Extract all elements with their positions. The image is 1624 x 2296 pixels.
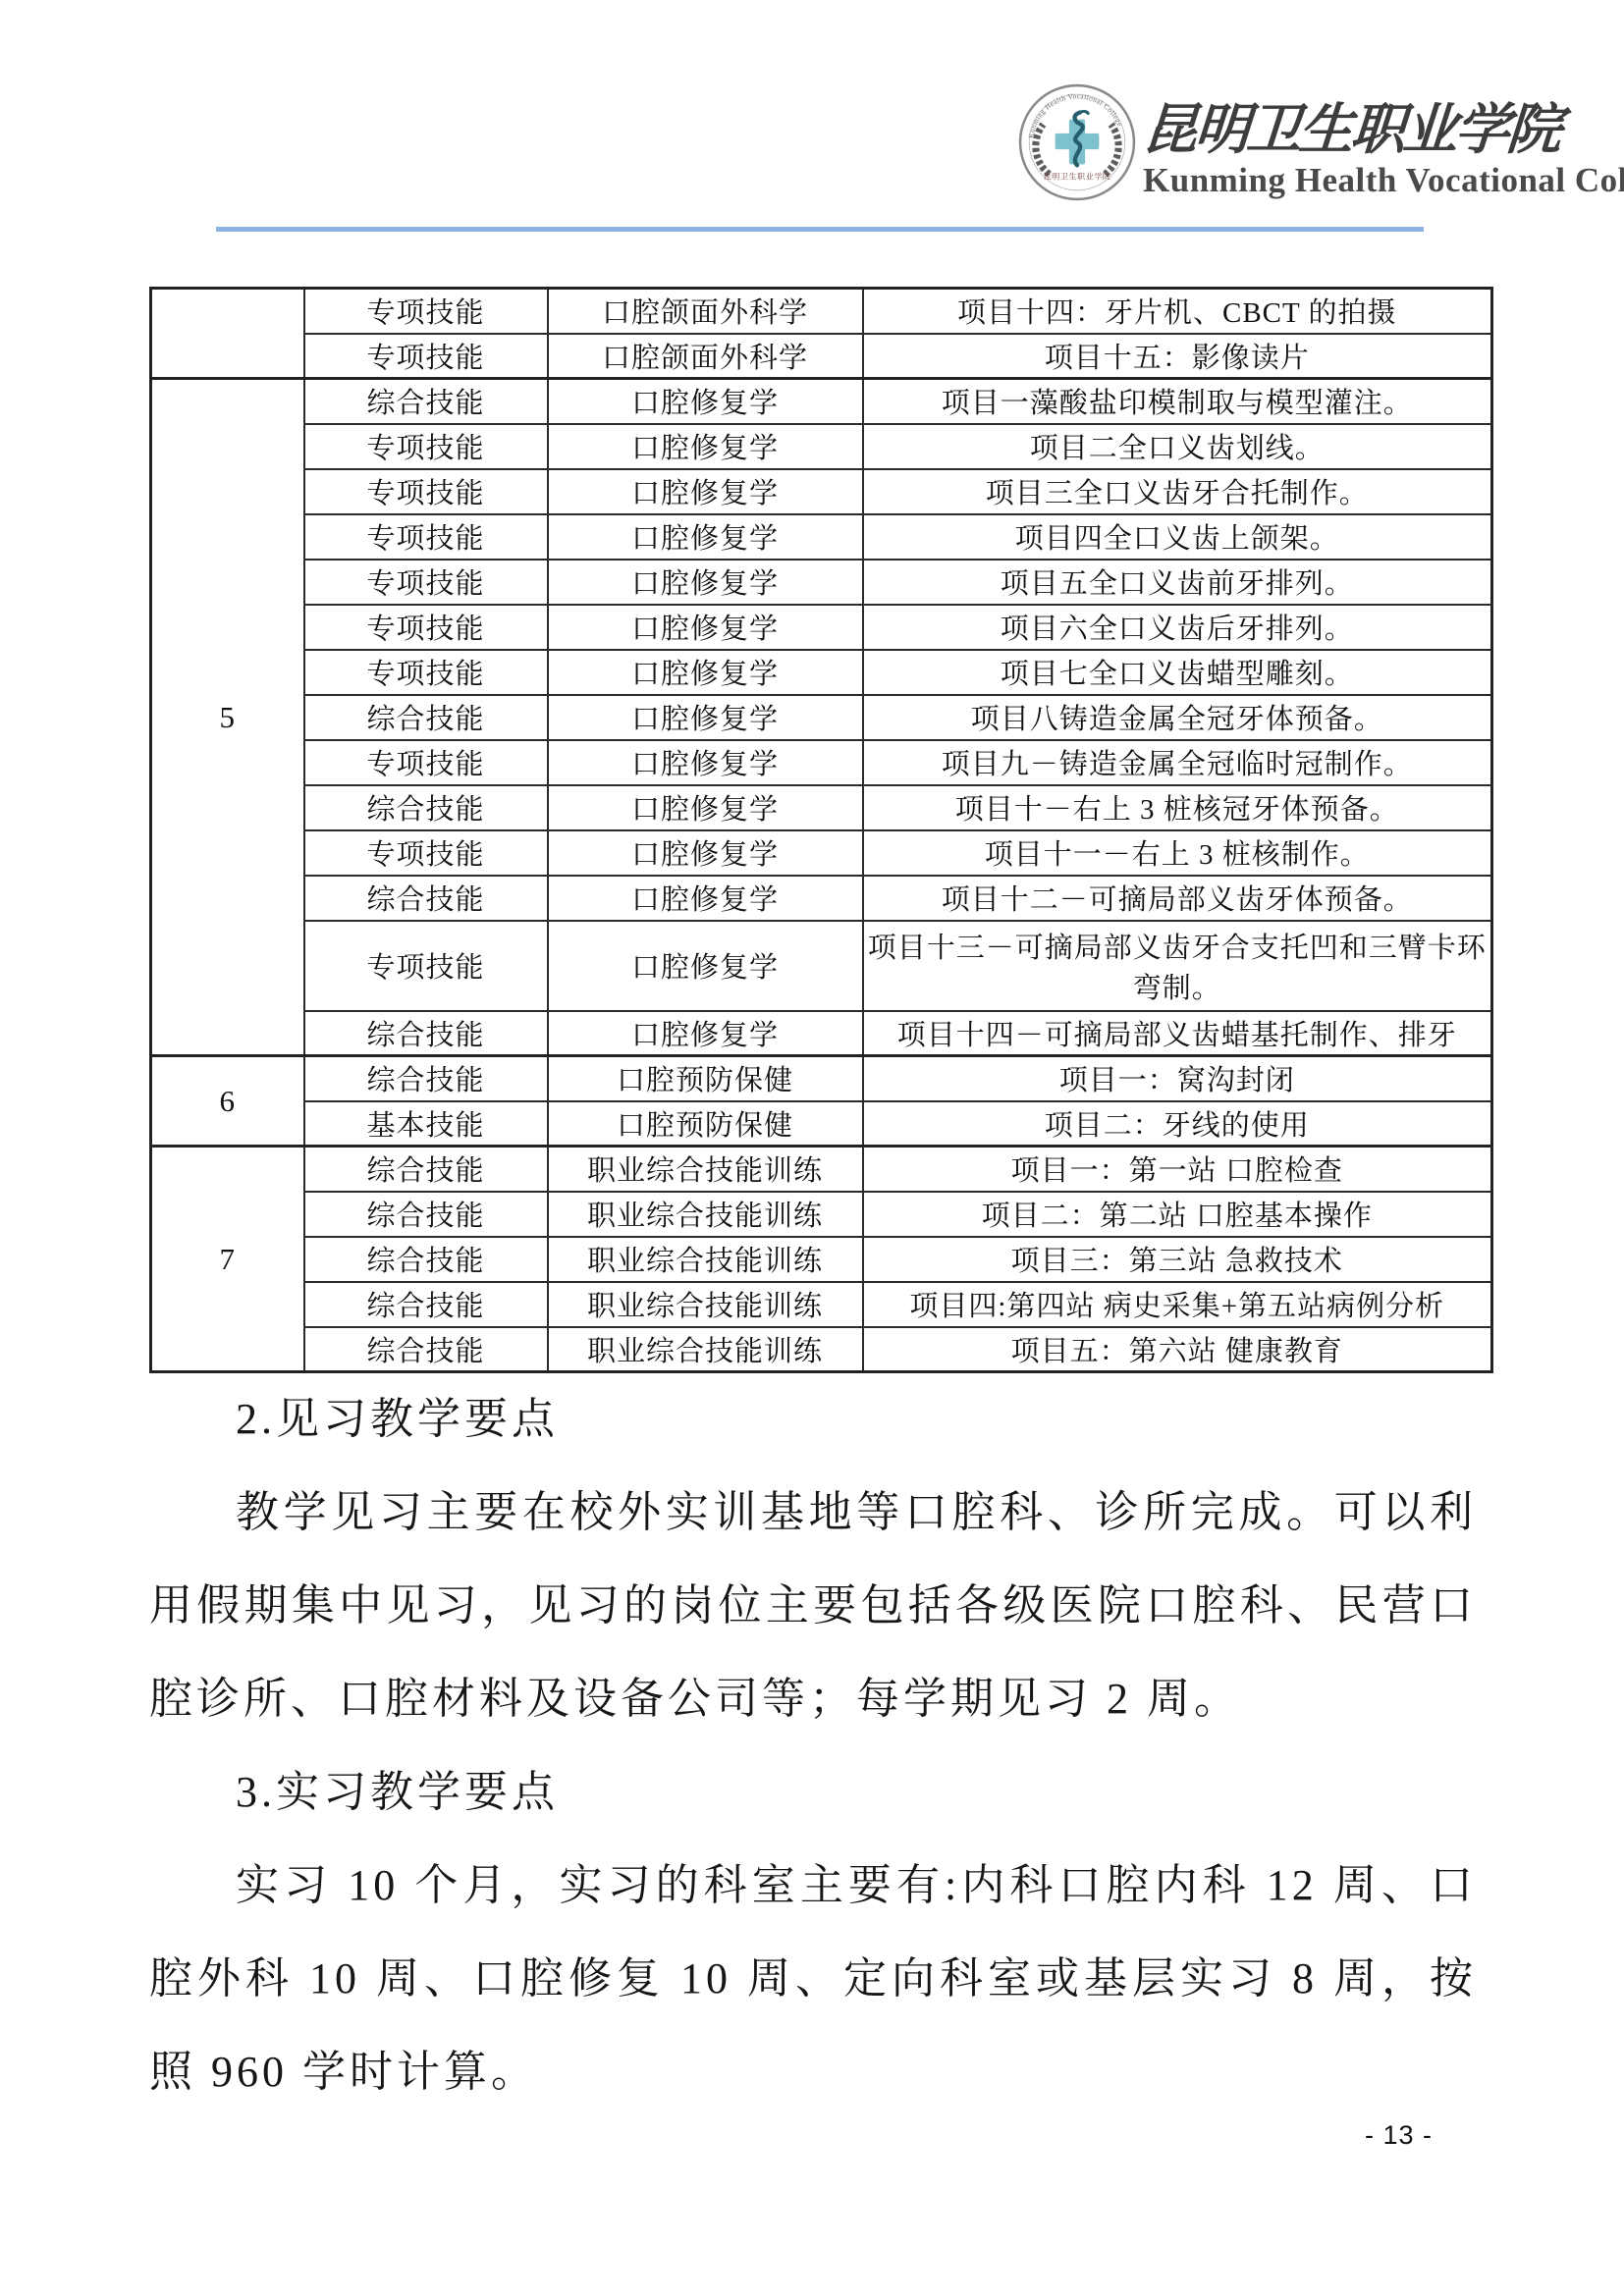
project-name-cell: 项目四全口义齿上颌架。 [863,514,1492,560]
college-name-calligraphy: 昆明卫生职业学院 [1140,86,1531,165]
semester-number-cell: 7 [151,1147,304,1372]
table-row: 5综合技能口腔修复学项目一藻酸盐印模制取与模型灌注。 [151,379,1492,424]
project-name-cell: 项目十二－可摘局部义齿牙体预备。 [863,876,1492,921]
project-name-cell: 项目三：第三站 急救技术 [863,1237,1492,1282]
training-projects-table-wrap: 专项技能口腔颌面外科学项目十四：牙片机、CBCT 的拍摄专项技能口腔颌面外科学项… [149,287,1493,1373]
table-row: 综合技能职业综合技能训练项目五：第六站 健康教育 [151,1327,1492,1372]
project-name-cell: 项目十一－右上 3 桩核制作。 [863,830,1492,876]
project-name-cell: 项目十四－可摘局部义齿蜡基托制作、排牙 [863,1011,1492,1056]
course-name-cell: 职业综合技能训练 [548,1147,863,1192]
course-name-cell: 职业综合技能训练 [548,1192,863,1237]
skill-type-cell: 专项技能 [304,650,548,695]
table-row: 综合技能职业综合技能训练项目三：第三站 急救技术 [151,1237,1492,1282]
skill-type-cell: 专项技能 [304,740,548,785]
project-name-cell: 项目五全口义齿前牙排列。 [863,560,1492,605]
table-row: 综合技能口腔修复学项目十二－可摘局部义齿牙体预备。 [151,876,1492,921]
table-row: 专项技能口腔修复学项目四全口义齿上颌架。 [151,514,1492,560]
table-row: 专项技能口腔修复学项目六全口义齿后牙排列。 [151,605,1492,650]
page-number: - 13 - [1365,2120,1433,2151]
course-name-cell: 口腔修复学 [548,740,863,785]
project-name-cell: 项目十五：影像读片 [863,334,1492,379]
course-name-cell: 口腔修复学 [548,605,863,650]
project-name-cell: 项目十三－可摘局部义齿牙合支托凹和三臂卡环弯制。 [863,921,1492,1011]
table-row: 专项技能口腔颌面外科学项目十四：牙片机、CBCT 的拍摄 [151,289,1492,334]
table-row: 综合技能职业综合技能训练项目四:第四站 病史采集+第五站病例分析 [151,1282,1492,1327]
semester-number-cell [151,289,304,379]
course-name-cell: 职业综合技能训练 [548,1282,863,1327]
skill-type-cell: 专项技能 [304,424,548,469]
project-name-cell: 项目九－铸造金属全冠临时冠制作。 [863,740,1492,785]
skill-type-cell: 专项技能 [304,560,548,605]
skill-type-cell: 专项技能 [304,289,548,334]
course-name-cell: 口腔预防保健 [548,1056,863,1101]
training-projects-table-body: 专项技能口腔颌面外科学项目十四：牙片机、CBCT 的拍摄专项技能口腔颌面外科学项… [151,289,1492,1372]
skill-type-cell: 综合技能 [304,1147,548,1192]
skill-type-cell: 专项技能 [304,334,548,379]
course-name-cell: 口腔修复学 [548,830,863,876]
project-name-cell: 项目二全口义齿划线。 [863,424,1492,469]
course-name-cell: 口腔修复学 [548,695,863,740]
course-name-cell: 口腔修复学 [548,876,863,921]
course-name-cell: 职业综合技能训练 [548,1327,863,1372]
skill-type-cell: 综合技能 [304,695,548,740]
table-row: 专项技能口腔修复学项目二全口义齿划线。 [151,424,1492,469]
semester-number-cell: 6 [151,1056,304,1147]
college-seal-icon: Kunming Health Vocational College 昆明卫生职业… [1017,82,1137,202]
subheading-observation-teaching: 2.见习教学要点 [149,1372,1477,1466]
skill-type-cell: 综合技能 [304,876,548,921]
seal-bottom-text: 昆明卫生职业学院 [1043,172,1110,182]
skill-type-cell: 专项技能 [304,830,548,876]
college-name-english: Kunming Health Vocational College [1143,161,1624,200]
course-name-cell: 口腔颌面外科学 [548,289,863,334]
table-row: 基本技能口腔预防保健项目二：牙线的使用 [151,1101,1492,1147]
training-projects-table: 专项技能口腔颌面外科学项目十四：牙片机、CBCT 的拍摄专项技能口腔颌面外科学项… [149,287,1493,1373]
skill-type-cell: 综合技能 [304,785,548,830]
project-name-cell: 项目三全口义齿牙合托制作。 [863,469,1492,514]
skill-type-cell: 基本技能 [304,1101,548,1147]
course-name-cell: 口腔修复学 [548,379,863,424]
subheading-internship-teaching: 3.实习教学要点 [149,1745,1477,1839]
course-name-cell: 口腔修复学 [548,1011,863,1056]
course-name-cell: 口腔预防保健 [548,1101,863,1147]
table-row: 6综合技能口腔预防保健项目一：窝沟封闭 [151,1056,1492,1101]
table-row: 专项技能口腔修复学项目九－铸造金属全冠临时冠制作。 [151,740,1492,785]
project-name-cell: 项目四:第四站 病史采集+第五站病例分析 [863,1282,1492,1327]
course-name-cell: 口腔修复学 [548,785,863,830]
table-row: 7综合技能职业综合技能训练项目一：第一站 口腔检查 [151,1147,1492,1192]
table-row: 专项技能口腔修复学项目十三－可摘局部义齿牙合支托凹和三臂卡环弯制。 [151,921,1492,1011]
skill-type-cell: 综合技能 [304,1192,548,1237]
project-name-cell: 项目七全口义齿蜡型雕刻。 [863,650,1492,695]
project-name-cell: 项目一：第一站 口腔检查 [863,1147,1492,1192]
semester-number-cell: 5 [151,379,304,1056]
skill-type-cell: 专项技能 [304,605,548,650]
course-name-cell: 职业综合技能训练 [548,1237,863,1282]
table-row: 专项技能口腔修复学项目七全口义齿蜡型雕刻。 [151,650,1492,695]
project-name-cell: 项目八铸造金属全冠牙体预备。 [863,695,1492,740]
course-name-cell: 口腔修复学 [548,921,863,1011]
paragraph-internship-teaching: 实习 10 个月，实习的科室主要有:内科口腔内科 12 周、口腔外科 10 周、… [149,1839,1477,2118]
table-row: 专项技能口腔颌面外科学项目十五：影像读片 [151,334,1492,379]
skill-type-cell: 综合技能 [304,1282,548,1327]
skill-type-cell: 综合技能 [304,1327,548,1372]
project-name-cell: 项目五：第六站 健康教育 [863,1327,1492,1372]
table-row: 专项技能口腔修复学项目三全口义齿牙合托制作。 [151,469,1492,514]
skill-type-cell: 专项技能 [304,514,548,560]
project-name-cell: 项目一：窝沟封闭 [863,1056,1492,1101]
table-row: 综合技能口腔修复学项目十－右上 3 桩核冠牙体预备。 [151,785,1492,830]
skill-type-cell: 专项技能 [304,921,548,1011]
table-row: 专项技能口腔修复学项目十一－右上 3 桩核制作。 [151,830,1492,876]
skill-type-cell: 综合技能 [304,379,548,424]
project-name-cell: 项目十四：牙片机、CBCT 的拍摄 [863,289,1492,334]
project-name-cell: 项目二：牙线的使用 [863,1101,1492,1147]
skill-type-cell: 综合技能 [304,1056,548,1101]
header-divider-line [216,227,1424,232]
table-row: 综合技能职业综合技能训练项目二：第二站 口腔基本操作 [151,1192,1492,1237]
college-header-logo: Kunming Health Vocational College 昆明卫生职业… [1017,80,1518,214]
table-row: 综合技能口腔修复学项目八铸造金属全冠牙体预备。 [151,695,1492,740]
course-name-cell: 口腔修复学 [548,469,863,514]
project-name-cell: 项目六全口义齿后牙排列。 [863,605,1492,650]
skill-type-cell: 综合技能 [304,1237,548,1282]
course-name-cell: 口腔修复学 [548,424,863,469]
course-name-cell: 口腔修复学 [548,514,863,560]
skill-type-cell: 综合技能 [304,1011,548,1056]
table-row: 综合技能口腔修复学项目十四－可摘局部义齿蜡基托制作、排牙 [151,1011,1492,1056]
table-row: 专项技能口腔修复学项目五全口义齿前牙排列。 [151,560,1492,605]
course-name-cell: 口腔修复学 [548,560,863,605]
project-name-cell: 项目二：第二站 口腔基本操作 [863,1192,1492,1237]
document-page: Kunming Health Vocational College 昆明卫生职业… [0,0,1624,2296]
project-name-cell: 项目一藻酸盐印模制取与模型灌注。 [863,379,1492,424]
body-text-block: 2.见习教学要点 教学见习主要在校外实训基地等口腔科、诊所完成。可以利用假期集中… [149,1372,1477,2118]
course-name-cell: 口腔颌面外科学 [548,334,863,379]
skill-type-cell: 专项技能 [304,469,548,514]
paragraph-observation-teaching: 教学见习主要在校外实训基地等口腔科、诊所完成。可以利用假期集中见习，见习的岗位主… [149,1466,1477,1745]
project-name-cell: 项目十－右上 3 桩核冠牙体预备。 [863,785,1492,830]
course-name-cell: 口腔修复学 [548,650,863,695]
